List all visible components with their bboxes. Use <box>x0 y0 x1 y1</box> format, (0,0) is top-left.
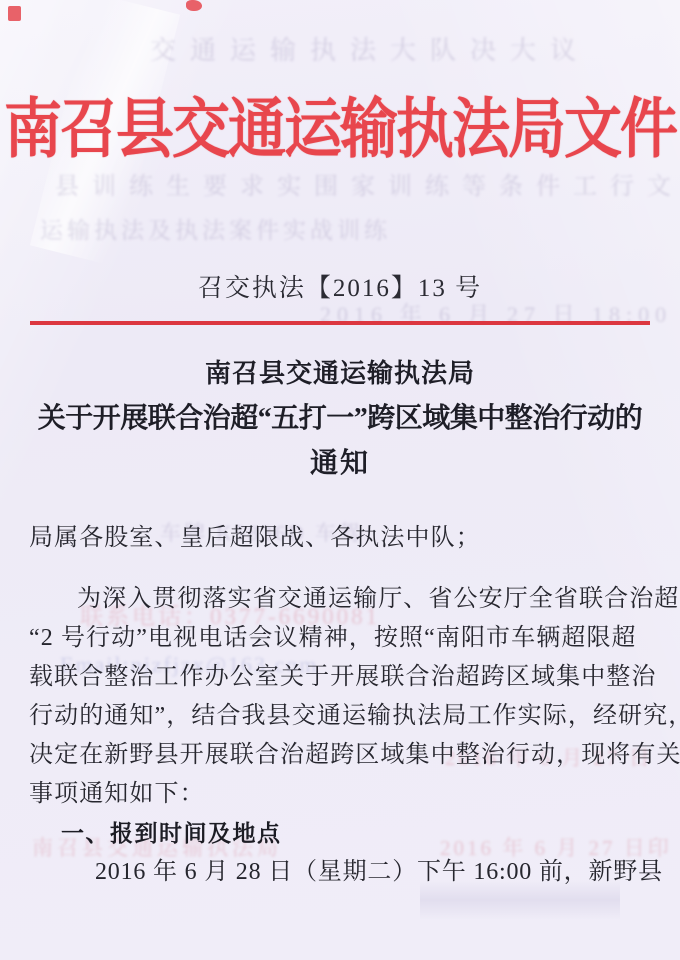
body-line: 行动的通知”，结合我县交通运输执法局工作实际，经研究， <box>29 697 660 736</box>
bleedthrough-text: 交通运输执法大队决大议 <box>150 30 590 67</box>
red-ink-speck <box>186 0 202 11</box>
notice-body: 局属各股室、皇后超限战、各执法中队； 为深入贯彻落实省交通运输厅、省公安厅全省联… <box>29 519 660 892</box>
body-line: 为深入贯彻落实省交通运输厅、省公安厅全省联合治超 <box>29 580 660 619</box>
report-date-line: 2016 年 6 月 28 日（星期二）下午 16:00 前，新野县 <box>29 853 660 892</box>
red-divider-rule <box>30 321 650 325</box>
body-line: 载联合整治工作办公室关于开展联合治超跨区域集中整治 <box>29 658 660 697</box>
body-line: 决定在新野县开展联合治超跨区域集中整治行动，现将有关 <box>29 736 660 775</box>
section-heading: 一、报到时间及地点 <box>29 814 660 853</box>
document-number: 召交执法【2016】13 号 <box>0 268 680 304</box>
letterhead-title: 南召县交通运输执法局文件 <box>0 76 680 170</box>
salutation-line: 局属各股室、皇后超限战、各执法中队； <box>29 519 660 558</box>
notice-title-type: 通知 <box>8 441 672 486</box>
body-line: “2 号行动”电视电话会议精神，按照“南阳市车辆超限超 <box>29 619 660 658</box>
notice-title: 南召县交通运输执法局 关于开展联合治超“五打一”跨区域集中整治行动的 通知 <box>8 352 672 486</box>
bleedthrough-text: 运输执法及执法案件实战训练 <box>40 212 391 245</box>
body-line: 事项通知如下： <box>29 775 660 814</box>
notice-title-issuer: 南召县交通运输执法局 <box>8 352 672 396</box>
paragraph-gap <box>29 558 660 580</box>
scanned-official-document: 交通运输执法大队决大议 县训练生要求实围家训练等条件工行文 运输执法及执法案件实… <box>0 0 680 960</box>
bleedthrough-text: 县训练生要求实围家训练等条件工行文 <box>55 166 680 201</box>
notice-title-subject: 关于开展联合治超“五打一”跨区域集中整治行动的 <box>8 396 672 441</box>
red-ink-speck <box>8 6 21 21</box>
